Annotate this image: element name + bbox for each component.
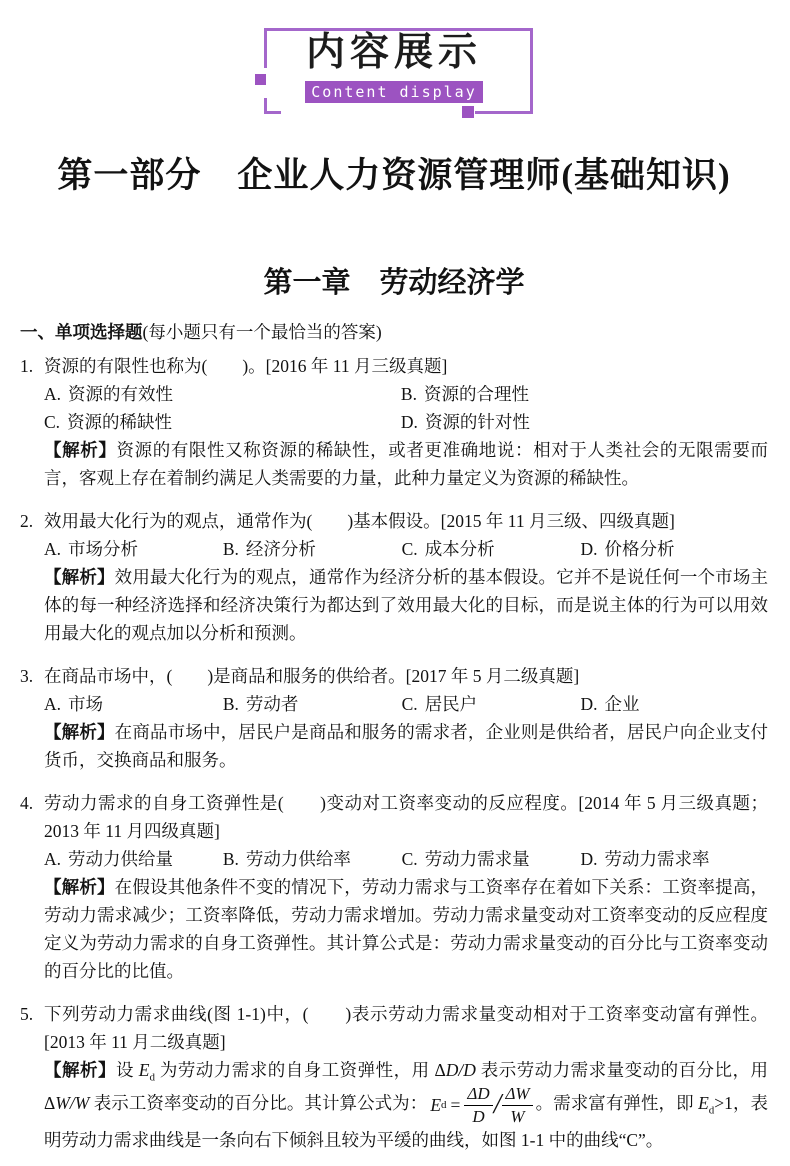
option-text: 劳动力需求量 (425, 849, 530, 869)
option-d: D.企业 (580, 690, 759, 718)
analysis: 【解析】效用最大化行为的观点，通常作为经济分析的基本假设。它并不是说任何一个市场… (44, 563, 768, 647)
option-text: 劳动力供给率 (246, 849, 351, 869)
option-text: 经济分析 (246, 539, 316, 559)
question-number: 4. (20, 789, 33, 817)
option-d: D.资源的针对性 (401, 408, 758, 436)
option-a: A.资源的有效性 (44, 380, 401, 408)
analysis: 【解析】在商品市场中，居民户是商品和服务的需求者，企业则是供给者，居民户向企业支… (44, 718, 768, 774)
question-2: 2. 效用最大化行为的观点，通常作为( )基本假设。[2015 年 11 月三级… (20, 507, 768, 647)
badge-frame-corner-h (264, 111, 281, 114)
option-b: B.劳动者 (223, 690, 402, 718)
book-page: 内容展示 Content display 第一部分 企业人力资源管理师(基础知识… (0, 28, 790, 1154)
option-b: B.劳动力供给率 (223, 845, 402, 873)
option-c: C.资源的稀缺性 (44, 408, 401, 436)
formula-lhs: E (430, 1091, 441, 1119)
var-ww: W/W (55, 1093, 89, 1113)
badge-subtitle: Content display (305, 81, 483, 103)
fraction-dd: ΔDD (464, 1084, 492, 1126)
options-row: A.资源的有效性 B.资源的合理性 C.资源的稀缺性 D.资源的针对性 (44, 380, 768, 436)
option-text: 市场 (68, 694, 103, 714)
option-d: D.劳动力需求率 (580, 845, 759, 873)
badge-frame-bottom (475, 111, 533, 114)
question-stem: 资源的有限性也称为( )。[2016 年 11 月三级真题] (44, 352, 768, 380)
analysis-label: 【解析】 (44, 1060, 116, 1080)
analysis-label: 【解析】 (44, 722, 115, 742)
question-number: 5. (20, 1000, 33, 1028)
analysis: 【解析】设 Ed 为劳动力需求的自身工资弹性，用 ΔD/D 表示劳动力需求量变动… (44, 1056, 768, 1154)
greater-than: > (714, 1093, 724, 1113)
question-stem: 下列劳动力需求曲线(图 1-1)中，( )表示劳动力需求量变动相对于工资率变动富… (44, 1000, 768, 1056)
question-stem: 劳动力需求的自身工资弹性是( )变动对工资率变动的反应程度。[2014 年 5 … (44, 789, 768, 845)
question-4: 4. 劳动力需求的自身工资弹性是( )变动对工资率变动的反应程度。[2014 年… (20, 789, 768, 985)
analysis-text: 资源的有限性又称资源的稀缺性，或者更准确地说：相对于人类社会的无限需要而言，客观… (44, 440, 768, 488)
analysis-text: 为劳动力需求的自身工资弹性，用 Δ (155, 1060, 446, 1080)
option-c: C.劳动力需求量 (402, 845, 581, 873)
analysis-label: 【解析】 (44, 440, 116, 460)
badge-square-bottom-icon (462, 106, 474, 118)
chapter-title: 第一章 劳动经济学 (20, 264, 768, 302)
option-text: 劳动力需求率 (604, 849, 709, 869)
options-row: A.劳动力供给量 B.劳动力供给率 C.劳动力需求量 D.劳动力需求率 (44, 845, 768, 873)
divide-slash: / (494, 1091, 502, 1119)
analysis-text: 在商品市场中，居民户是商品和服务的需求者，企业则是供给者，居民户向企业支付货币，… (44, 722, 768, 770)
option-text: 资源的针对性 (425, 412, 530, 432)
elasticity-formula: Ed=ΔDD/ΔWW (430, 1084, 532, 1126)
var-dd: D/D (446, 1060, 476, 1080)
option-d: D.价格分析 (580, 535, 759, 563)
analysis: 【解析】资源的有限性又称资源的稀缺性，或者更准确地说：相对于人类社会的无限需要而… (44, 436, 768, 492)
equals-sign: = (451, 1091, 461, 1119)
analysis-text: 效用最大化行为的观点，通常作为经济分析的基本假设。它并不是说任何一个市场主体的每… (44, 567, 768, 643)
question-number: 2. (20, 507, 33, 535)
var-ed2: E (698, 1093, 709, 1113)
section-header: 一、单项选择题(每小题只有一个最恰当的答案) (20, 318, 768, 346)
option-a: A.市场 (44, 690, 223, 718)
option-b: B.经济分析 (223, 535, 402, 563)
option-text: 资源的合理性 (424, 384, 529, 404)
section-label: 一、单项选择题 (20, 322, 143, 342)
options-row: A.市场 B.劳动者 C.居民户 D.企业 (44, 690, 768, 718)
question-number: 1. (20, 352, 33, 380)
option-text: 资源的有效性 (68, 384, 173, 404)
question-5: 5. 下列劳动力需求曲线(图 1-1)中，( )表示劳动力需求量变动相对于工资率… (20, 1000, 768, 1154)
analysis-text: 在假设其他条件不变的情况下，劳动力需求与工资率存在着如下关系：工资率提高，劳动力… (44, 877, 768, 981)
option-b: B.资源的合理性 (401, 380, 758, 408)
badge-title: 内容展示 (255, 30, 533, 77)
option-text: 居民户 (425, 694, 478, 714)
part-title: 第一部分 企业人力资源管理师(基础知识) (20, 154, 768, 198)
option-text: 劳动者 (246, 694, 299, 714)
option-text: 市场分析 (68, 539, 138, 559)
section-note: (每小题只有一个最恰当的答案) (143, 322, 382, 342)
option-text: 资源的稀缺性 (67, 412, 172, 432)
option-text: 成本分析 (425, 539, 495, 559)
var-ed: E (139, 1060, 150, 1080)
analysis-label: 【解析】 (44, 567, 115, 587)
options-row: A.市场分析 B.经济分析 C.成本分析 D.价格分析 (44, 535, 768, 563)
question-stem: 效用最大化行为的观点，通常作为( )基本假设。[2015 年 11 月三级、四级… (44, 507, 768, 535)
option-text: 企业 (604, 694, 639, 714)
option-a: A.劳动力供给量 (44, 845, 223, 873)
question-number: 3. (20, 662, 33, 690)
content-display-badge: 内容展示 Content display (255, 28, 533, 120)
option-text: 价格分析 (604, 539, 674, 559)
analysis: 【解析】在假设其他条件不变的情况下，劳动力需求与工资率存在着如下关系：工资率提高… (44, 873, 768, 985)
question-1: 1. 资源的有限性也称为( )。[2016 年 11 月三级真题] A.资源的有… (20, 352, 768, 492)
option-a: A.市场分析 (44, 535, 223, 563)
option-c: C.居民户 (402, 690, 581, 718)
fraction-ww: ΔWW (502, 1084, 532, 1126)
option-text: 劳动力供给量 (68, 849, 173, 869)
analysis-text: 设 (116, 1060, 139, 1080)
option-c: C.成本分析 (402, 535, 581, 563)
question-3: 3. 在商品市场中，( )是商品和服务的供给者。[2017 年 5 月二级真题]… (20, 662, 768, 774)
question-stem: 在商品市场中，( )是商品和服务的供给者。[2017 年 5 月二级真题] (44, 662, 768, 690)
analysis-label: 【解析】 (44, 877, 115, 897)
analysis-text: 。需求富有弹性，即 (536, 1093, 699, 1113)
analysis-text: 表示工资率变动的百分比。其计算公式为： (89, 1093, 427, 1113)
